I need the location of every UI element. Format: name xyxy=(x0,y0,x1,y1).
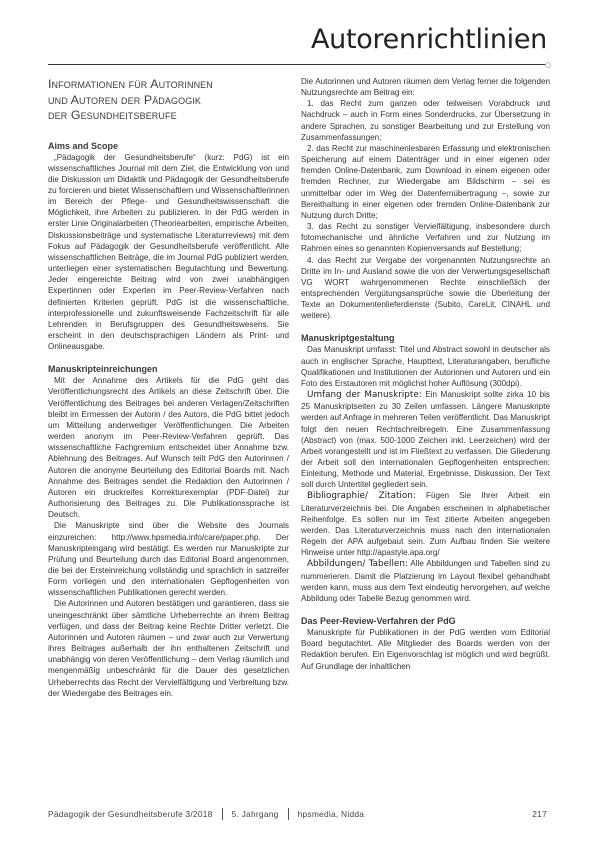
page-number: 217 xyxy=(532,809,547,819)
scope-label: Umfang der Manuskripte: xyxy=(307,390,422,400)
page-title: Autorenrichtlinien xyxy=(311,20,547,60)
right-column: Die Autorinnen und Autoren räumen dem Ve… xyxy=(301,76,550,672)
figures-paragraph: Abbildungen/ Tabellen: Alle Abbildungen … xyxy=(301,558,550,604)
footer-separator xyxy=(222,808,223,820)
peer-review-heading: Das Peer-Review-Verfahren der PdG xyxy=(301,615,550,627)
aims-heading: Aims and Scope xyxy=(48,140,289,152)
spacer xyxy=(301,321,550,332)
submissions-heading: Manuskripteinreichungen xyxy=(48,363,289,375)
submissions-paragraph-2: Die Manuskripte sind über die Website de… xyxy=(48,520,289,598)
page-footer: Pädagogik der Gesundheitsberufe 3/2018 5… xyxy=(48,808,547,820)
section-title-line-3: der Gesundheitsberufe xyxy=(48,108,177,122)
biblio-paragraph: Bibliographie/ Zitation: Fügen Sie Ihrer… xyxy=(301,490,550,558)
footer-volume: 5. Jahrgang xyxy=(232,809,279,819)
section-title-line-1: Informationen für Autorinnen xyxy=(48,77,213,91)
rights-item-4: 4. das Recht zur Vergabe der vorgenannte… xyxy=(301,255,550,322)
design-paragraph: Das Manuskript umfasst: Titel und Abstra… xyxy=(301,344,550,389)
peer-review-paragraph: Manuskripte für Publikationen in der PdG… xyxy=(301,627,550,672)
rights-item-2: 2. das Recht zur maschinenlesbaren Erfas… xyxy=(301,143,550,221)
spacer xyxy=(48,352,289,363)
footer-journal: Pädagogik der Gesundheitsberufe 3/2018 xyxy=(48,809,213,819)
biblio-label: Bibliographie/ Zitation: xyxy=(307,491,416,501)
footer-publisher: hpsmedia, Nidda xyxy=(298,809,365,819)
submissions-paragraph-1: Mit der Annahme des Artikels für die PdG… xyxy=(48,375,289,520)
header-rule xyxy=(48,64,547,65)
rights-item-3: 3. das Recht zu sonstiger Vervielfältigu… xyxy=(301,221,550,254)
section-title: Informationen für Autorinnen und Autoren… xyxy=(48,77,288,124)
scope-paragraph: Umfang der Manuskripte: Ein Manuskript s… xyxy=(301,389,550,490)
aims-paragraph: „Pädagogik der Gesundheitsberufe“ (kurz:… xyxy=(48,152,289,353)
design-heading: Manuskriptgestaltung xyxy=(301,332,550,344)
figures-label: Abbildungen/ Tabellen: xyxy=(307,559,408,569)
spacer xyxy=(301,604,550,615)
footer-separator xyxy=(288,808,289,820)
page-header: Autorenrichtlinien xyxy=(48,20,547,66)
submissions-paragraph-3: Die Autorinnen und Autoren bestätigen un… xyxy=(48,598,289,698)
scope-text: Ein Manuskript sollte zirka 10 bis 25 Ma… xyxy=(301,390,550,489)
rights-intro: Die Autorinnen und Autoren räumen dem Ve… xyxy=(301,76,550,98)
left-column: Informationen für Autorinnen und Autoren… xyxy=(48,77,289,699)
section-title-line-2: und Autoren der Pädagogik xyxy=(48,93,201,107)
rights-item-1: 1. das Recht zum ganzen oder teilweisen … xyxy=(301,98,550,143)
